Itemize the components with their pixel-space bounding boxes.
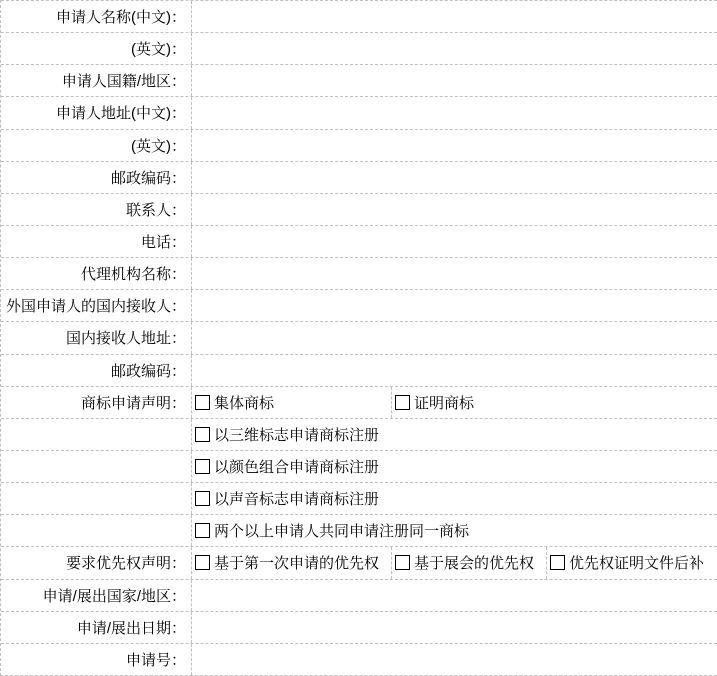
application-number-label: 申请号： bbox=[1, 644, 192, 675]
row-agency-name: 代理机构名称： bbox=[1, 257, 717, 289]
exhibition-priority-cell: 基于展会的优先权 bbox=[392, 547, 547, 578]
certification-mark-checkbox[interactable] bbox=[395, 395, 410, 410]
certification-mark-cell: 证明商标 bbox=[392, 387, 717, 418]
applicant-address-cn-label: 申请人地址(中文)： bbox=[1, 97, 192, 128]
row-applicant-name-en: (英文)： bbox=[1, 32, 717, 64]
sound-mark-option-label: 以声音标志申请商标注册 bbox=[214, 488, 379, 509]
joint-application-option-label: 两个以上申请人共同申请注册同一商标 bbox=[214, 520, 469, 541]
three-dimensional-mark-option-label: 以三维标志申请商标注册 bbox=[214, 424, 379, 445]
application-country-input[interactable] bbox=[192, 580, 717, 611]
applicant-address-en-label: (英文)： bbox=[1, 130, 192, 161]
postal-code-input[interactable] bbox=[192, 162, 717, 193]
application-number-input[interactable] bbox=[192, 644, 717, 675]
row-application-country: 申请/展出国家/地区： bbox=[1, 579, 717, 611]
domestic-recipient-input[interactable] bbox=[192, 290, 717, 321]
row-trademark-declaration: 商标申请声明： 集体商标 证明商标 bbox=[1, 386, 717, 418]
agency-name-input[interactable] bbox=[192, 258, 717, 289]
applicant-name-cn-input[interactable] bbox=[192, 1, 717, 32]
applicant-name-cn-label: 申请人名称(中文)： bbox=[1, 1, 192, 32]
collective-mark-checkbox[interactable] bbox=[195, 395, 210, 410]
phone-input[interactable] bbox=[192, 226, 717, 257]
joint-application-label-cell bbox=[1, 515, 192, 546]
color-combination-mark-cell: 以颜色组合申请商标注册 bbox=[192, 451, 717, 482]
color-combination-mark-label-cell bbox=[1, 451, 192, 482]
row-postal-code: 邮政编码： bbox=[1, 161, 717, 193]
three-dimensional-mark-label-cell bbox=[1, 419, 192, 450]
row-applicant-address-en: (英文)： bbox=[1, 129, 717, 161]
row-recipient-address: 国内接收人地址： bbox=[1, 321, 717, 353]
applicant-name-en-label: (英文)： bbox=[1, 33, 192, 64]
trademark-application-form: 申请人名称(中文)： (英文)： 申请人国籍/地区： 申请人地址(中文)： (英… bbox=[0, 0, 717, 676]
row-contact-person: 联系人： bbox=[1, 193, 717, 225]
first-filing-priority-cell: 基于第一次申请的优先权 bbox=[192, 547, 392, 578]
row-phone: 电话： bbox=[1, 225, 717, 257]
priority-doc-later-checkbox[interactable] bbox=[550, 555, 565, 570]
row-domestic-recipient: 外国申请人的国内接收人： bbox=[1, 289, 717, 321]
three-dimensional-mark-checkbox[interactable] bbox=[195, 427, 210, 442]
recipient-postal-code-input[interactable] bbox=[192, 355, 717, 386]
color-combination-mark-option-label: 以颜色组合申请商标注册 bbox=[214, 456, 379, 477]
priority-doc-later-cell: 优先权证明文件后补 bbox=[547, 547, 717, 578]
sound-mark-checkbox[interactable] bbox=[195, 491, 210, 506]
priority-doc-later-option-label: 优先权证明文件后补 bbox=[569, 552, 704, 573]
application-date-input[interactable] bbox=[192, 612, 717, 643]
phone-label: 电话： bbox=[1, 226, 192, 257]
applicant-name-en-input[interactable] bbox=[192, 33, 717, 64]
row-applicant-name-cn: 申请人名称(中文)： bbox=[1, 0, 717, 32]
sound-mark-label-cell bbox=[1, 483, 192, 514]
row-application-number: 申请号： bbox=[1, 643, 717, 675]
collective-mark-cell: 集体商标 bbox=[192, 387, 392, 418]
contact-person-input[interactable] bbox=[192, 194, 717, 225]
collective-mark-option-label: 集体商标 bbox=[214, 392, 274, 413]
recipient-address-label: 国内接收人地址： bbox=[1, 322, 192, 353]
row-applicant-address-cn: 申请人地址(中文)： bbox=[1, 96, 717, 128]
color-combination-mark-checkbox[interactable] bbox=[195, 459, 210, 474]
priority-claim-label: 要求优先权声明： bbox=[1, 547, 192, 578]
certification-mark-option-label: 证明商标 bbox=[414, 392, 474, 413]
exhibition-priority-option-label: 基于展会的优先权 bbox=[414, 552, 534, 573]
applicant-address-en-input[interactable] bbox=[192, 130, 717, 161]
exhibition-priority-checkbox[interactable] bbox=[395, 555, 410, 570]
joint-application-cell: 两个以上申请人共同申请注册同一商标 bbox=[192, 515, 717, 546]
application-date-label: 申请/展出日期： bbox=[1, 612, 192, 643]
joint-application-checkbox[interactable] bbox=[195, 523, 210, 538]
applicant-nationality-label: 申请人国籍/地区： bbox=[1, 65, 192, 96]
row-sound-mark: 以声音标志申请商标注册 bbox=[1, 482, 717, 514]
contact-person-label: 联系人： bbox=[1, 194, 192, 225]
applicant-nationality-input[interactable] bbox=[192, 65, 717, 96]
domestic-recipient-label: 外国申请人的国内接收人： bbox=[1, 290, 192, 321]
row-three-dimensional-mark: 以三维标志申请商标注册 bbox=[1, 418, 717, 450]
applicant-address-cn-input[interactable] bbox=[192, 97, 717, 128]
first-filing-priority-checkbox[interactable] bbox=[195, 555, 210, 570]
row-recipient-postal-code: 邮政编码： bbox=[1, 354, 717, 386]
postal-code-label: 邮政编码： bbox=[1, 162, 192, 193]
row-application-date: 申请/展出日期： bbox=[1, 611, 717, 643]
recipient-postal-code-label: 邮政编码： bbox=[1, 355, 192, 386]
row-color-combination-mark: 以颜色组合申请商标注册 bbox=[1, 450, 717, 482]
row-joint-application: 两个以上申请人共同申请注册同一商标 bbox=[1, 514, 717, 546]
row-applicant-nationality: 申请人国籍/地区： bbox=[1, 64, 717, 96]
three-dimensional-mark-cell: 以三维标志申请商标注册 bbox=[192, 419, 717, 450]
row-priority-claim: 要求优先权声明： 基于第一次申请的优先权 基于展会的优先权 优先权证明文件后补 bbox=[1, 546, 717, 578]
first-filing-priority-option-label: 基于第一次申请的优先权 bbox=[214, 552, 379, 573]
application-country-label: 申请/展出国家/地区： bbox=[1, 580, 192, 611]
agency-name-label: 代理机构名称： bbox=[1, 258, 192, 289]
sound-mark-cell: 以声音标志申请商标注册 bbox=[192, 483, 717, 514]
recipient-address-input[interactable] bbox=[192, 322, 717, 353]
trademark-declaration-label: 商标申请声明： bbox=[1, 387, 192, 418]
